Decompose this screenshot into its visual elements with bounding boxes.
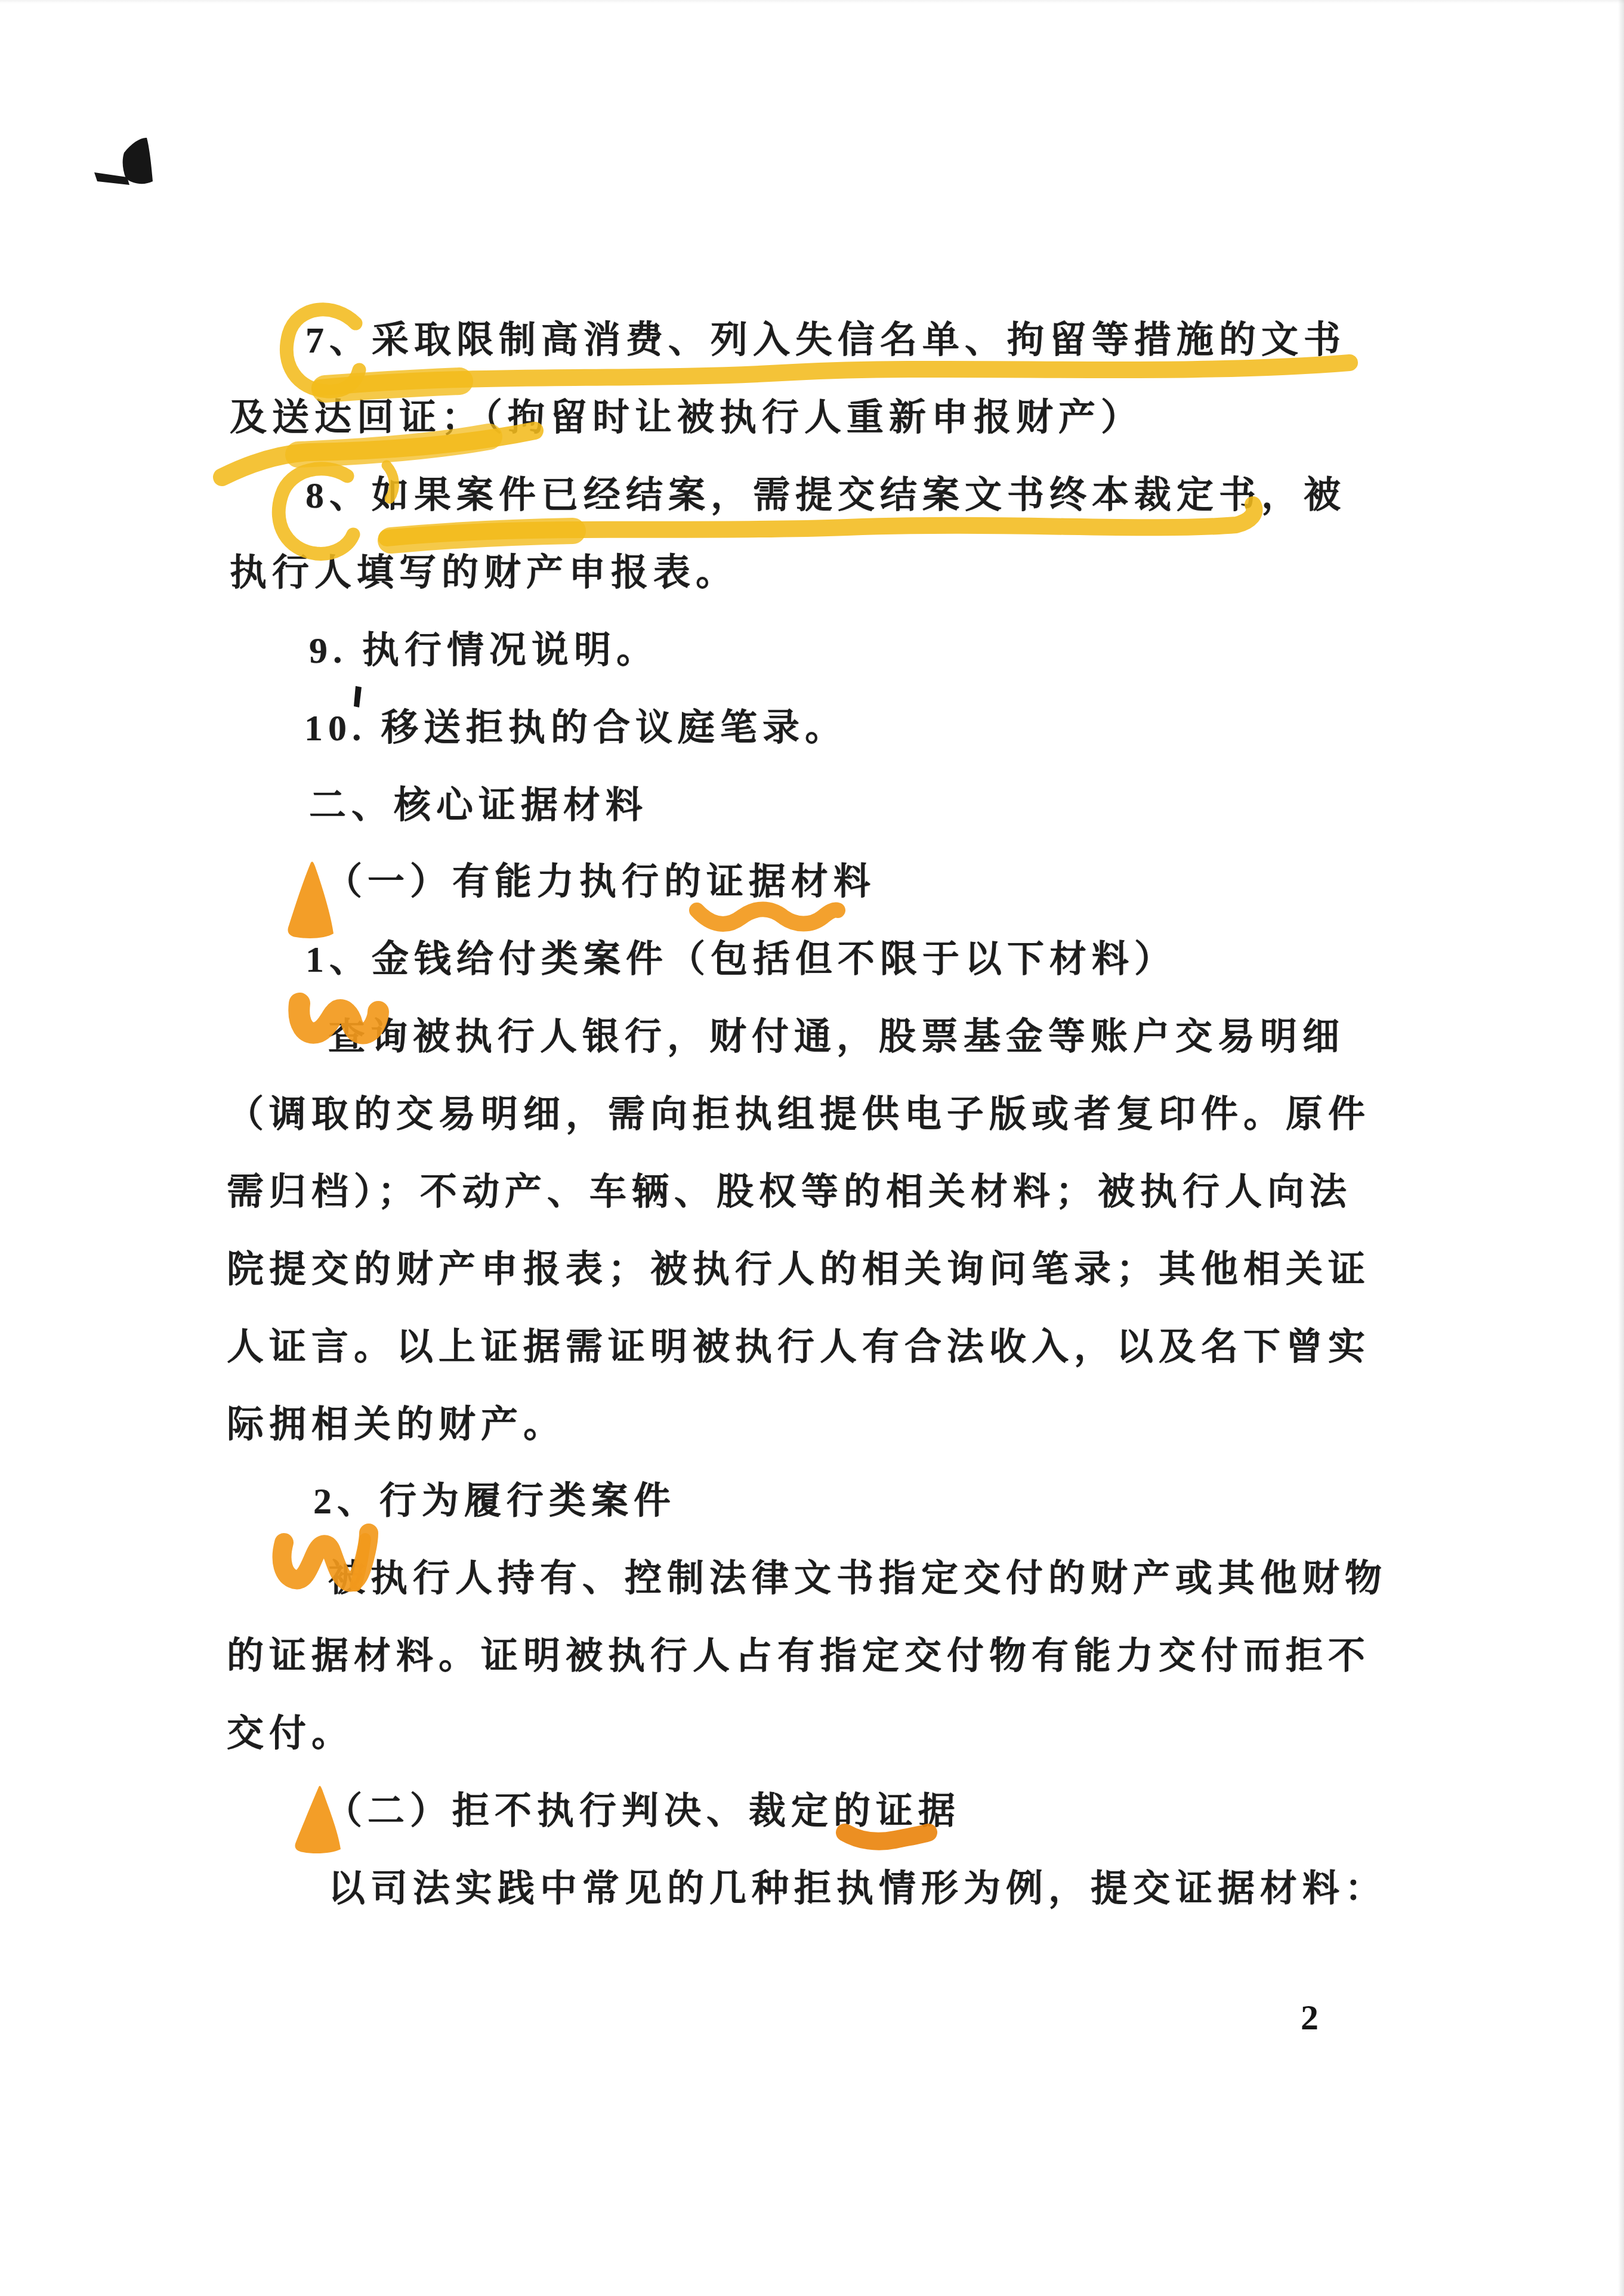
subsection-heading-2: （二）拒不执行判决、裁定的证据 <box>325 1781 961 1834</box>
ink-blob-top-left <box>123 138 153 184</box>
paragraph-line: 院提交的财产申报表；被执行人的相关询问笔录；其他相关证 <box>227 1240 1370 1293</box>
list-item-7-continued: 及送达回证；（拘留时让被执行人重新申报财产） <box>230 388 1143 441</box>
list-item-8: 8、如果案件已经结案，需提交结案文书终本裁定书，被 <box>305 465 1346 518</box>
paragraph-line: 被执行人持有、控制法律文书指定交付的财产或其他财物 <box>328 1549 1387 1602</box>
page-number: 2 <box>1301 1997 1319 2038</box>
list-item-7: 7、采取限制高消费、列入失信名单、拘留等措施的文书 <box>305 310 1346 363</box>
item-1-heading: 1、金钱给付类案件（包括但不限于以下材料） <box>305 929 1177 982</box>
subsection-heading-1: （一）有能力执行的证据材料 <box>325 852 876 905</box>
paragraph-line: 际拥相关的财产。 <box>227 1395 566 1448</box>
scanned-document-page: 7、采取限制高消费、列入失信名单、拘留等措施的文书 及送达回证；（拘留时让被执行… <box>0 0 1624 2296</box>
section-heading-2: 二、核心证据材料 <box>309 775 648 829</box>
list-item-10: 10. 移送拒执的合议庭笔录。 <box>304 698 847 751</box>
scan-edge-shadow <box>0 0 1624 4</box>
scan-edge-shadow <box>1618 0 1624 2296</box>
item-2-heading: 2、行为履行类案件 <box>313 1471 676 1524</box>
list-item-8-continued: 执行人填写的财产申报表。 <box>230 543 738 596</box>
paragraph-line: 的证据材料。证明被执行人占有指定交付物有能力交付而拒不 <box>227 1626 1370 1679</box>
list-item-9: 9. 执行情况说明。 <box>309 620 659 673</box>
paragraph-line: 需归档）；不动产、车辆、股权等的相关材料；被执行人向法 <box>227 1162 1352 1215</box>
paragraph-line: 查询被执行人银行，财付通，股票基金等账户交易明细 <box>328 1007 1345 1060</box>
squiggle-under-zhengju-subsection-1 <box>697 910 838 925</box>
highlight-underline-item-7 <box>320 363 1350 388</box>
paragraph-line: （调取的交易明细，需向拒执组提供电子版或者复印件。原件 <box>227 1084 1370 1138</box>
highlight-underline-item-8-thick-start <box>391 531 573 540</box>
paragraph-line: 交付。 <box>227 1704 354 1757</box>
ink-wedge-top-left <box>94 172 129 185</box>
paragraph-line: 以司法实践中常见的几种拒执情形为例，提交证据材料： <box>328 1859 1387 1912</box>
paragraph-line: 人证言。以上证据需证明被执行人有合法收入，以及名下曾实 <box>227 1317 1370 1370</box>
